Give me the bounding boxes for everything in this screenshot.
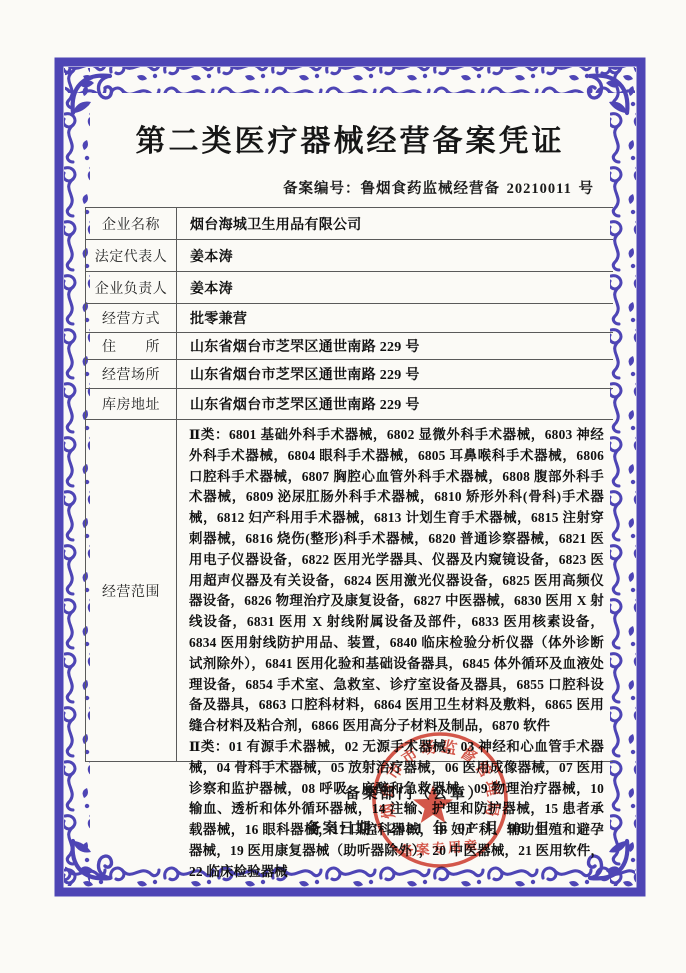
business-scope-text: Ⅱ类：6801 基础外科手术器械，6802 显微外科手术器械，6803 神经外科…: [177, 420, 613, 761]
table-row-business-premises: 经营场所 山东省烟台市芝罘区通世南路 229 号: [86, 360, 613, 389]
row-label: 企业名称: [86, 208, 177, 239]
table-row-legal-representative: 法定代表人 姜本涛: [86, 240, 613, 272]
table-row-business-scope: 经营范围 Ⅱ类：6801 基础外科手术器械，6802 显微外科手术器械，6803…: [86, 420, 613, 762]
row-value: 批零兼营: [177, 304, 613, 332]
table-row-business-mode: 经营方式 批零兼营: [86, 304, 613, 333]
table-row-company-name: 企业名称 烟台海城卫生用品有限公司: [86, 208, 613, 240]
row-label: 库房地址: [86, 389, 177, 419]
row-value: 山东省烟台市芝罘区通世南路 229 号: [177, 389, 613, 419]
row-label: 住 所: [86, 333, 177, 359]
row-value: 姜本涛: [177, 240, 613, 271]
row-value: 山东省烟台市芝罘区通世南路 229 号: [177, 360, 613, 388]
record-number: 备案编号：鲁烟食药监械经营备 20210011 号: [283, 177, 594, 198]
row-label: 经营方式: [86, 304, 177, 332]
row-label: 企业负责人: [86, 272, 177, 303]
table-row-warehouse-address: 库房地址 山东省烟台市芝罘区通世南路 229 号: [86, 389, 613, 420]
certificate-title: 第二类医疗器械经营备案凭证: [54, 116, 646, 160]
scope-paragraph-class-codes: Ⅱ类：6801 基础外科手术器械，6802 显微外科手术器械，6803 神经外科…: [189, 425, 604, 737]
table-row-residence: 住 所 山东省烟台市芝罘区通世南路 229 号: [86, 333, 613, 360]
row-value: 姜本涛: [177, 272, 613, 303]
row-label: 经营范围: [86, 420, 177, 761]
table-row-company-manager: 企业负责人 姜本涛: [86, 272, 613, 304]
row-label: 法定代表人: [86, 240, 177, 271]
row-value: 烟台海城卫生用品有限公司: [177, 208, 613, 239]
row-value: 山东省烟台市芝罘区通世南路 229 号: [177, 333, 613, 359]
filing-department-line: 备案部门（公章）: [345, 782, 485, 803]
filing-date-line: 备案日期：2021 年 01 月 06 日: [306, 817, 551, 838]
scope-paragraph-category-codes: Ⅱ类：01 有源手术器械，02 无源手术器械，03 神经和心血管手术器械，04 …: [189, 737, 604, 883]
certificate-table: 企业名称 烟台海城卫生用品有限公司 法定代表人 姜本涛 企业负责人 姜本涛 经营…: [85, 207, 613, 762]
row-label: 经营场所: [86, 360, 177, 388]
